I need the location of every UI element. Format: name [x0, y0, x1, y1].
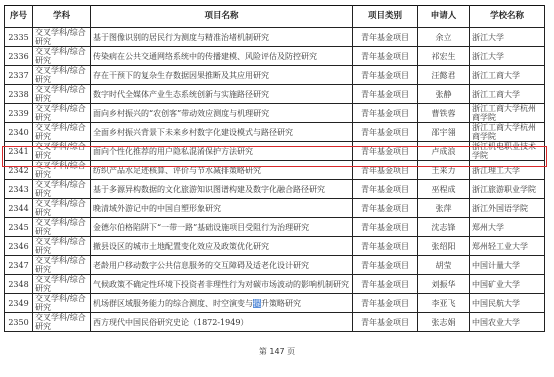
table-row: 2348 交叉学科/综合研究 气候政策不确定性环境下投资者非理性行为对碳市场波动…: [5, 275, 545, 294]
cell-subject: 交叉学科/综合研究: [33, 28, 91, 47]
table-row: 2335 交叉学科/综合研究 基于图像识别的居民行为测度与精准治堵机制研究 青年…: [5, 28, 545, 47]
cell-serial-no: 2350: [5, 313, 33, 332]
cell-subject: 交叉学科/综合研究: [33, 104, 91, 123]
cell-project-name: 金德尔伯格陷阱下“一带一路”基础设施项目受阻行为治理研究: [91, 218, 353, 237]
cell-school: 浙江外国语学院: [470, 199, 545, 218]
table-row: 2337 交叉学科/综合研究 存在干预下的复杂生存数据因果推断及其应用研究 青年…: [5, 66, 545, 85]
cell-project-type: 青年基金项目: [353, 142, 418, 161]
header-subject: 学科: [33, 6, 91, 28]
header-project-name: 项目名称: [91, 6, 353, 28]
cell-project-name: 撤县设区的城市土地配置变化效应及政策优化研究: [91, 237, 353, 256]
table-row: 2339 交叉学科/综合研究 面向乡村振兴的“农创客”带动效应测度与机理研究 青…: [5, 104, 545, 123]
cell-school: 浙江工商大学: [470, 66, 545, 85]
cell-subject: 交叉学科/综合研究: [33, 47, 91, 66]
table-row: 2343 交叉学科/综合研究 基于多源异构数据的文化旅游知识图谱构建及数字化融合…: [5, 180, 545, 199]
cell-project-type: 青年基金项目: [353, 123, 418, 142]
cell-project-type: 青年基金项目: [353, 313, 418, 332]
cell-subject: 交叉学科/综合研究: [33, 85, 91, 104]
cell-serial-no: 2349: [5, 294, 33, 313]
cell-subject: 交叉学科/综合研究: [33, 275, 91, 294]
cell-project-type: 青年基金项目: [353, 180, 418, 199]
cell-serial-no: 2348: [5, 275, 33, 294]
cell-applicant: 沈志锋: [418, 218, 470, 237]
text-selection[interactable]: 提: [253, 299, 261, 308]
cell-serial-no: 2335: [5, 28, 33, 47]
cell-project-type: 青年基金项目: [353, 47, 418, 66]
cell-school: 浙江工商大学杭州商学院: [470, 104, 545, 123]
cell-serial-no: 2345: [5, 218, 33, 237]
cell-school: 中国农业大学: [470, 313, 545, 332]
cell-school: 浙江大学: [470, 28, 545, 47]
cell-applicant: 张静: [418, 85, 470, 104]
cell-applicant: 祁宏生: [418, 47, 470, 66]
cell-serial-no: 2343: [5, 180, 33, 199]
cell-school: 浙江旅游职业学院: [470, 180, 545, 199]
header-project-type: 项目类别: [353, 6, 418, 28]
cell-serial-no: 2346: [5, 237, 33, 256]
table-row: 2346 交叉学科/综合研究 撤县设区的城市土地配置变化效应及政策优化研究 青年…: [5, 237, 545, 256]
cell-serial-no: 2341: [5, 142, 33, 161]
cell-project-name: 数字时代全媒体产业生态系统创新与实施路径研究: [91, 85, 353, 104]
cell-project-type: 青年基金项目: [353, 199, 418, 218]
cell-subject: 交叉学科/综合研究: [33, 123, 91, 142]
cell-subject: 交叉学科/综合研究: [33, 142, 91, 161]
table-row: 2349 交叉学科/综合研究 机场群区域服务能力的综合测度、时空演变与提升策略研…: [5, 294, 545, 313]
cell-project-name: 老龄用户移动数字公共信息服务的交互障碍及适老化设计研究: [91, 256, 353, 275]
cell-applicant: 巫程成: [418, 180, 470, 199]
cell-project-name: 传染病在公共交通网络系统中的传播建模、风险评估及防控研究: [91, 47, 353, 66]
cell-applicant: 李亚飞: [418, 294, 470, 313]
cell-project-name: 晚清域外游记中的中国自塑形象研究: [91, 199, 353, 218]
cell-school: 浙江工商大学: [470, 85, 545, 104]
cell-applicant: 曹铁蓉: [418, 104, 470, 123]
header-serial-no: 序号: [5, 6, 33, 28]
cell-applicant: 余立: [418, 28, 470, 47]
cell-project-type: 青年基金项目: [353, 218, 418, 237]
cell-subject: 交叉学科/综合研究: [33, 218, 91, 237]
header-school: 学校名称: [470, 6, 545, 28]
cell-school: 浙江理工大学: [470, 161, 545, 180]
cell-project-name: 基于多源异构数据的文化旅游知识图谱构建及数字化融合路径研究: [91, 180, 353, 199]
cell-project-type: 青年基金项目: [353, 28, 418, 47]
header-applicant: 申请人: [418, 6, 470, 28]
cell-applicant: 胡莹: [418, 256, 470, 275]
cell-school: 中国计量大学: [470, 256, 545, 275]
cell-school: 浙江大学: [470, 47, 545, 66]
cell-school: 浙江工商大学杭州商学院: [470, 123, 545, 142]
table-row: 2336 交叉学科/综合研究 传染病在公共交通网络系统中的传播建模、风险评估及防…: [5, 47, 545, 66]
table-row: 2345 交叉学科/综合研究 金德尔伯格陷阱下“一带一路”基础设施项目受阻行为治…: [5, 218, 545, 237]
cell-applicant: 卢成浪: [418, 142, 470, 161]
cell-applicant: 张志娟: [418, 313, 470, 332]
cell-serial-no: 2339: [5, 104, 33, 123]
cell-subject: 交叉学科/综合研究: [33, 237, 91, 256]
cell-project-type: 青年基金项目: [353, 294, 418, 313]
name-text: 机场群区域服务能力的综合测度、时空演变与: [93, 299, 253, 308]
cell-subject: 交叉学科/综合研究: [33, 294, 91, 313]
cell-applicant: 王来力: [418, 161, 470, 180]
cell-serial-no: 2342: [5, 161, 33, 180]
cell-serial-no: 2340: [5, 123, 33, 142]
cell-serial-no: 2347: [5, 256, 33, 275]
cell-subject: 交叉学科/综合研究: [33, 161, 91, 180]
table-row-highlighted: 2341 交叉学科/综合研究 面向个性化推荐的用户隐私混淆保护方法研究 青年基金…: [5, 142, 545, 161]
cell-subject: 交叉学科/综合研究: [33, 66, 91, 85]
table-row: 2342 交叉学科/综合研究 纺织产品水足迹核算、评价与节水减排策略研究 青年基…: [5, 161, 545, 180]
cell-project-name: 面向个性化推荐的用户隐私混淆保护方法研究: [91, 142, 353, 161]
page-number: 第 147 页: [0, 346, 554, 357]
cell-school: 郑州轻工业大学: [470, 237, 545, 256]
table-header-row: 序号 学科 项目名称 项目类别 申请人 学校名称: [5, 6, 545, 28]
table-row: 2338 交叉学科/综合研究 数字时代全媒体产业生态系统创新与实施路径研究 青年…: [5, 85, 545, 104]
cell-subject: 交叉学科/综合研究: [33, 199, 91, 218]
cell-applicant: 邵宇翎: [418, 123, 470, 142]
cell-applicant: 张萍: [418, 199, 470, 218]
project-table: 序号 学科 项目名称 项目类别 申请人 学校名称 2335 交叉学科/综合研究 …: [4, 5, 545, 332]
cell-applicant: 张绍阳: [418, 237, 470, 256]
cell-school: 郑州大学: [470, 218, 545, 237]
cell-project-name: 气候政策不确定性环境下投资者非理性行为对碳市场波动的影响机制研究: [91, 275, 353, 294]
cell-serial-no: 2337: [5, 66, 33, 85]
cell-project-name: 机场群区域服务能力的综合测度、时空演变与提升策略研究: [91, 294, 353, 313]
cell-project-type: 青年基金项目: [353, 66, 418, 85]
cell-school: 中国矿业大学: [470, 275, 545, 294]
cell-project-type: 青年基金项目: [353, 237, 418, 256]
cell-project-type: 青年基金项目: [353, 275, 418, 294]
cell-project-type: 青年基金项目: [353, 85, 418, 104]
table-row: 2347 交叉学科/综合研究 老龄用户移动数字公共信息服务的交互障碍及适老化设计…: [5, 256, 545, 275]
table-row: 2344 交叉学科/综合研究 晚清域外游记中的中国自塑形象研究 青年基金项目 张…: [5, 199, 545, 218]
cell-project-type: 青年基金项目: [353, 161, 418, 180]
cell-project-name: 基于图像识别的居民行为测度与精准治堵机制研究: [91, 28, 353, 47]
name-text: 升策略研究: [261, 299, 301, 308]
table-row: 2340 交叉学科/综合研究 全面乡村振兴背景下未来乡村数字化建设模式与路径研究…: [5, 123, 545, 142]
cell-serial-no: 2344: [5, 199, 33, 218]
cell-applicant: 刘振华: [418, 275, 470, 294]
cell-project-type: 青年基金项目: [353, 256, 418, 275]
cell-serial-no: 2338: [5, 85, 33, 104]
cell-project-name: 面向乡村振兴的“农创客”带动效应测度与机理研究: [91, 104, 353, 123]
cell-project-name: 西方现代中国民俗研究史论（1872-1949）: [91, 313, 353, 332]
cell-project-type: 青年基金项目: [353, 104, 418, 123]
cell-school: 浙江机电职业技术学院: [470, 142, 545, 161]
cell-project-name: 全面乡村振兴背景下未来乡村数字化建设模式与路径研究: [91, 123, 353, 142]
cell-subject: 交叉学科/综合研究: [33, 180, 91, 199]
cell-project-name: 纺织产品水足迹核算、评价与节水减排策略研究: [91, 161, 353, 180]
cell-school: 中国民航大学: [470, 294, 545, 313]
cell-subject: 交叉学科/综合研究: [33, 313, 91, 332]
table-row: 2350 交叉学科/综合研究 西方现代中国民俗研究史论（1872-1949） 青…: [5, 313, 545, 332]
cell-project-name: 存在干预下的复杂生存数据因果推断及其应用研究: [91, 66, 353, 85]
cell-serial-no: 2336: [5, 47, 33, 66]
cell-applicant: 汪懿君: [418, 66, 470, 85]
cell-subject: 交叉学科/综合研究: [33, 256, 91, 275]
